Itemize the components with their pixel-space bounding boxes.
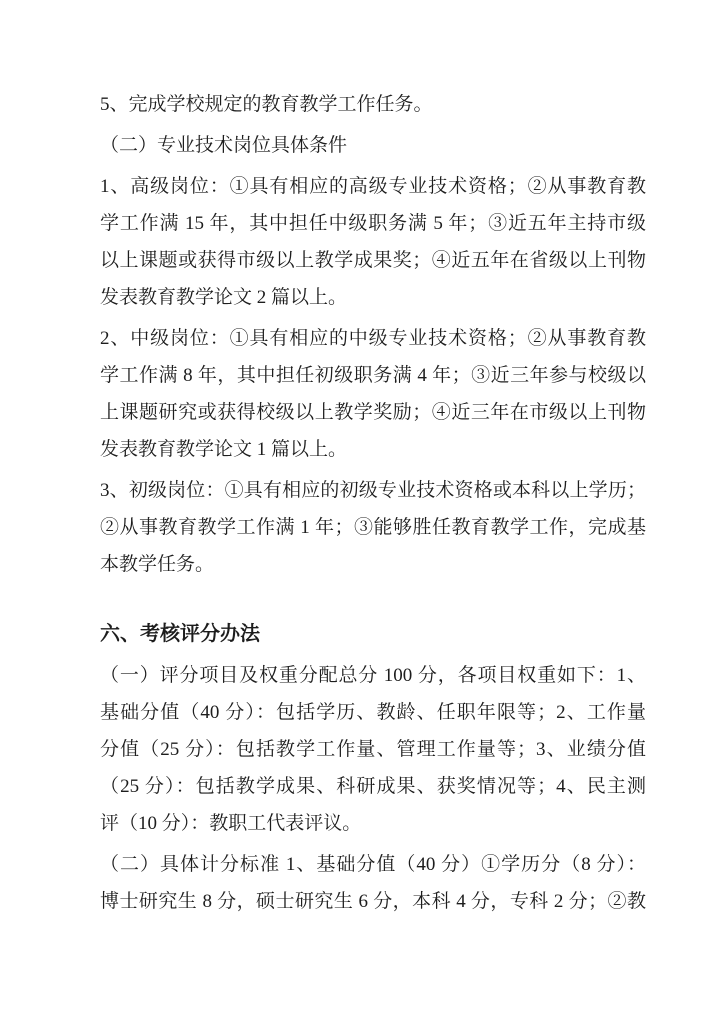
text-line: 博士研究生 8 分，硕士研究生 6 分，本科 4 分，专科 2 分；②教 [100, 883, 646, 920]
text-line: ②从事教育教学工作满 1 年；③能够胜任教育教学工作，完成基 [100, 509, 646, 546]
paragraph: 1、高级岗位：①具有相应的高级专业技术资格；②从事教育教 学工作满 15 年，其… [100, 168, 646, 316]
text-line: 本教学任务。 [100, 546, 646, 583]
text-line: 以上课题或获得市级以上教学成果奖；④近五年在省级以上刊物 [100, 242, 646, 279]
text-line: 5、完成学校规定的教育教学工作任务。 [100, 86, 646, 123]
text-line: （二）专业技术岗位具体条件 [100, 127, 646, 164]
paragraph: （一）评分项目及权重分配总分 100 分，各项目权重如下：1、 基础分值（40 … [100, 657, 646, 842]
paragraph: （二）专业技术岗位具体条件 [100, 127, 646, 164]
section-heading: 六、考核评分办法 [100, 616, 646, 653]
paragraph: 3、初级岗位：①具有相应的初级专业技术资格或本科以上学历； ②从事教育教学工作满… [100, 472, 646, 583]
text-line: 1、高级岗位：①具有相应的高级专业技术资格；②从事教育教 [100, 168, 646, 205]
text-line: （25 分）：包括教学成果、科研成果、获奖情况等；4、民主测 [100, 768, 646, 805]
text-line: 分值（25 分）：包括教学工作量、管理工作量等；3、业绩分值 [100, 731, 646, 768]
text-line: 2、中级岗位：①具有相应的中级专业技术资格；②从事教育教 [100, 320, 646, 357]
text-line: （一）评分项目及权重分配总分 100 分，各项目权重如下：1、 [100, 657, 646, 694]
text-line: 基础分值（40 分）：包括学历、教龄、任职年限等；2、工作量 [100, 694, 646, 731]
paragraph: （二）具体计分标准 1、基础分值（40 分）①学历分（8 分）： 博士研究生 8… [100, 846, 646, 920]
text-line: 评（10 分）：教职工代表评议。 [100, 805, 646, 842]
text-line: 发表教育教学论文 1 篇以上。 [100, 431, 646, 468]
text-line: 发表教育教学论文 2 篇以上。 [100, 279, 646, 316]
text-line: （二）具体计分标准 1、基础分值（40 分）①学历分（8 分）： [100, 846, 646, 883]
document-page: 5、完成学校规定的教育教学工作任务。 （二）专业技术岗位具体条件 1、高级岗位：… [0, 0, 724, 1024]
paragraph: 2、中级岗位：①具有相应的中级专业技术资格；②从事教育教 学工作满 8 年，其中… [100, 320, 646, 468]
paragraph: 5、完成学校规定的教育教学工作任务。 [100, 86, 646, 123]
document-content: 5、完成学校规定的教育教学工作任务。 （二）专业技术岗位具体条件 1、高级岗位：… [100, 86, 646, 920]
text-line: 上课题研究或获得校级以上教学奖励；④近三年在市级以上刊物 [100, 394, 646, 431]
text-line: 3、初级岗位：①具有相应的初级专业技术资格或本科以上学历； [100, 472, 646, 509]
text-line: 学工作满 8 年，其中担任初级职务满 4 年；③近三年参与校级以 [100, 357, 646, 394]
text-line: 学工作满 15 年，其中担任中级职务满 5 年；③近五年主持市级 [100, 205, 646, 242]
